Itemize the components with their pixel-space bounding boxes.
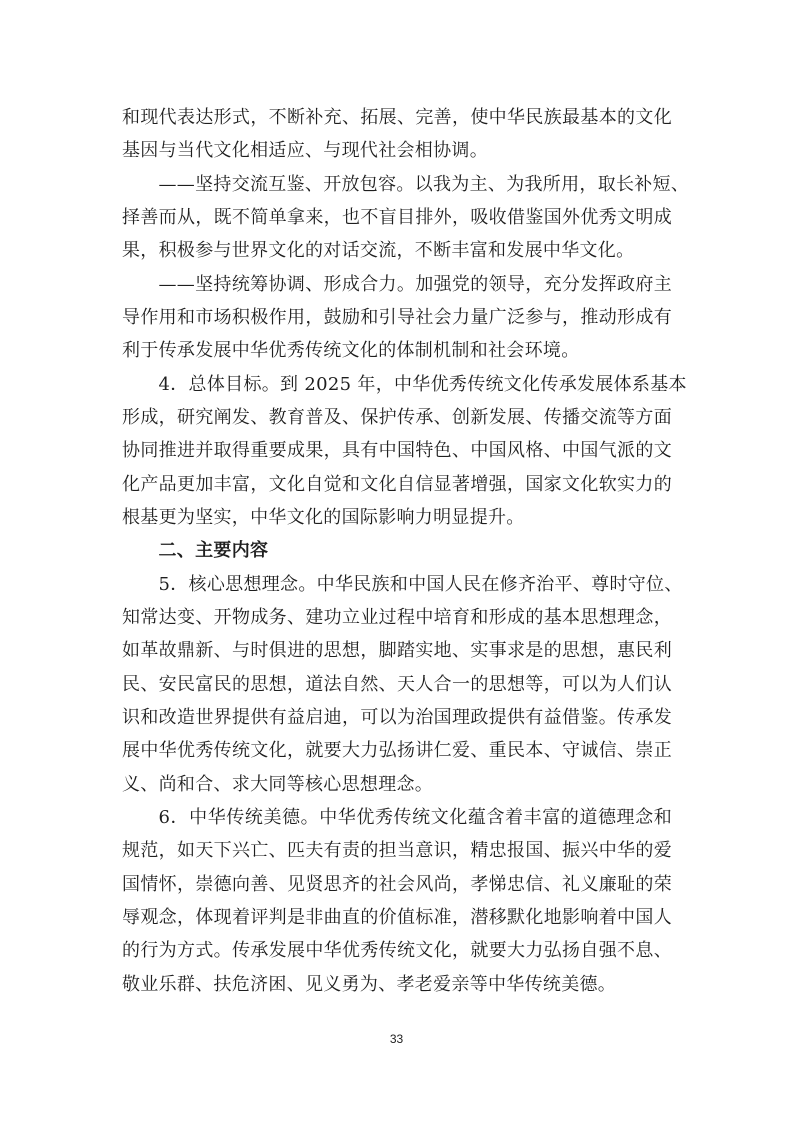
- text-line: 的行为方式。传承发展中华优秀传统文化，就要大力弘扬自强不息、: [122, 934, 672, 967]
- section-heading-text: 二、主要内容: [122, 534, 672, 567]
- text-line: 基因与当代文化相适应、与现代社会相协调。: [122, 134, 672, 167]
- text-line: 敬业乐群、扶危济困、见义勇为、孝老爱亲等中华传统美德。: [122, 968, 672, 1001]
- text-line: 识和改造世界提供有益启迪，可以为治国理政提供有益借鉴。传承发: [122, 701, 672, 734]
- text-line: 辱观念，体现着评判是非曲直的价值标准，潜移默化地影响着中国人: [122, 901, 672, 934]
- text-line: 民、安民富民的思想，道法自然、天人合一的思想等，可以为人们认: [122, 668, 672, 701]
- paragraph-principle-exchange: ——坚持交流互鉴、开放包容。以我为主、为我所用，取长补短、 择善而从，既不简单拿…: [122, 168, 672, 268]
- text-line: 国情怀，崇德向善、见贤思齐的社会风尚，孝悌忠信、礼义廉耻的荣: [122, 868, 672, 901]
- text-line: 导作用和市场积极作用，鼓励和引导社会力量广泛参与，推动形成有: [122, 301, 672, 334]
- text-line: 规范，如天下兴亡、匹夫有责的担当意识，精忠报国、振兴中华的爱: [122, 834, 672, 867]
- text-line: 化产品更加丰富，文化自觉和文化自信显著增强，国家文化软实力的: [122, 468, 672, 501]
- body-text: 和现代表达形式，不断补充、拓展、完善，使中华民族最基本的文化 基因与当代文化相适…: [122, 101, 672, 1001]
- text-line: ——坚持交流互鉴、开放包容。以我为主、为我所用，取长补短、: [122, 168, 672, 201]
- text-line: 知常达变、开物成务、建功立业过程中培育和形成的基本思想理念，: [122, 601, 672, 634]
- text-line: 择善而从，既不简单拿来，也不盲目排外，吸收借鉴国外优秀文明成: [122, 201, 672, 234]
- text-line: 形成，研究阐发、教育普及、保护传承、创新发展、传播交流等方面: [122, 401, 672, 434]
- paragraph-principle-coordination: ——坚持统筹协调、形成合力。加强党的领导，充分发挥政府主 导作用和市场积极作用，…: [122, 268, 672, 368]
- page-number: 33: [0, 1032, 793, 1046]
- document-page: 和现代表达形式，不断补充、拓展、完善，使中华民族最基本的文化 基因与当代文化相适…: [0, 0, 793, 1122]
- text-line: 和现代表达形式，不断补充、拓展、完善，使中华民族最基本的文化: [122, 101, 672, 134]
- paragraph-item-5-core-ideas: 5．核心思想理念。中华民族和中国人民在修齐治平、尊时守位、 知常达变、开物成务、…: [122, 568, 672, 801]
- text-line: 果，积极参与世界文化的对话交流，不断丰富和发展中华文化。: [122, 234, 672, 267]
- text-line: 4．总体目标。到 2025 年，中华优秀传统文化传承发展体系基本: [122, 368, 672, 401]
- text-line: 根基更为坚实，中华文化的国际影响力明显提升。: [122, 501, 672, 534]
- text-line: ——坚持统筹协调、形成合力。加强党的领导，充分发挥政府主: [122, 268, 672, 301]
- text-line: 6．中华传统美德。中华优秀传统文化蕴含着丰富的道德理念和: [122, 801, 672, 834]
- paragraph-continuation: 和现代表达形式，不断补充、拓展、完善，使中华民族最基本的文化 基因与当代文化相适…: [122, 101, 672, 168]
- text-line: 义、尚和合、求大同等核心思想理念。: [122, 768, 672, 801]
- text-line: 如革故鼎新、与时俱进的思想，脚踏实地、实事求是的思想，惠民利: [122, 634, 672, 667]
- section-heading: 二、主要内容: [122, 534, 672, 567]
- text-line: 5．核心思想理念。中华民族和中国人民在修齐治平、尊时守位、: [122, 568, 672, 601]
- text-line: 利于传承发展中华优秀传统文化的体制机制和社会环境。: [122, 334, 672, 367]
- paragraph-item-6-traditional-virtues: 6．中华传统美德。中华优秀传统文化蕴含着丰富的道德理念和 规范，如天下兴亡、匹夫…: [122, 801, 672, 1001]
- paragraph-item-4-overall-goal: 4．总体目标。到 2025 年，中华优秀传统文化传承发展体系基本 形成，研究阐发…: [122, 368, 672, 535]
- text-line: 协同推进并取得重要成果，具有中国特色、中国风格、中国气派的文: [122, 434, 672, 467]
- text-line: 展中华优秀传统文化，就要大力弘扬讲仁爱、重民本、守诚信、崇正: [122, 734, 672, 767]
